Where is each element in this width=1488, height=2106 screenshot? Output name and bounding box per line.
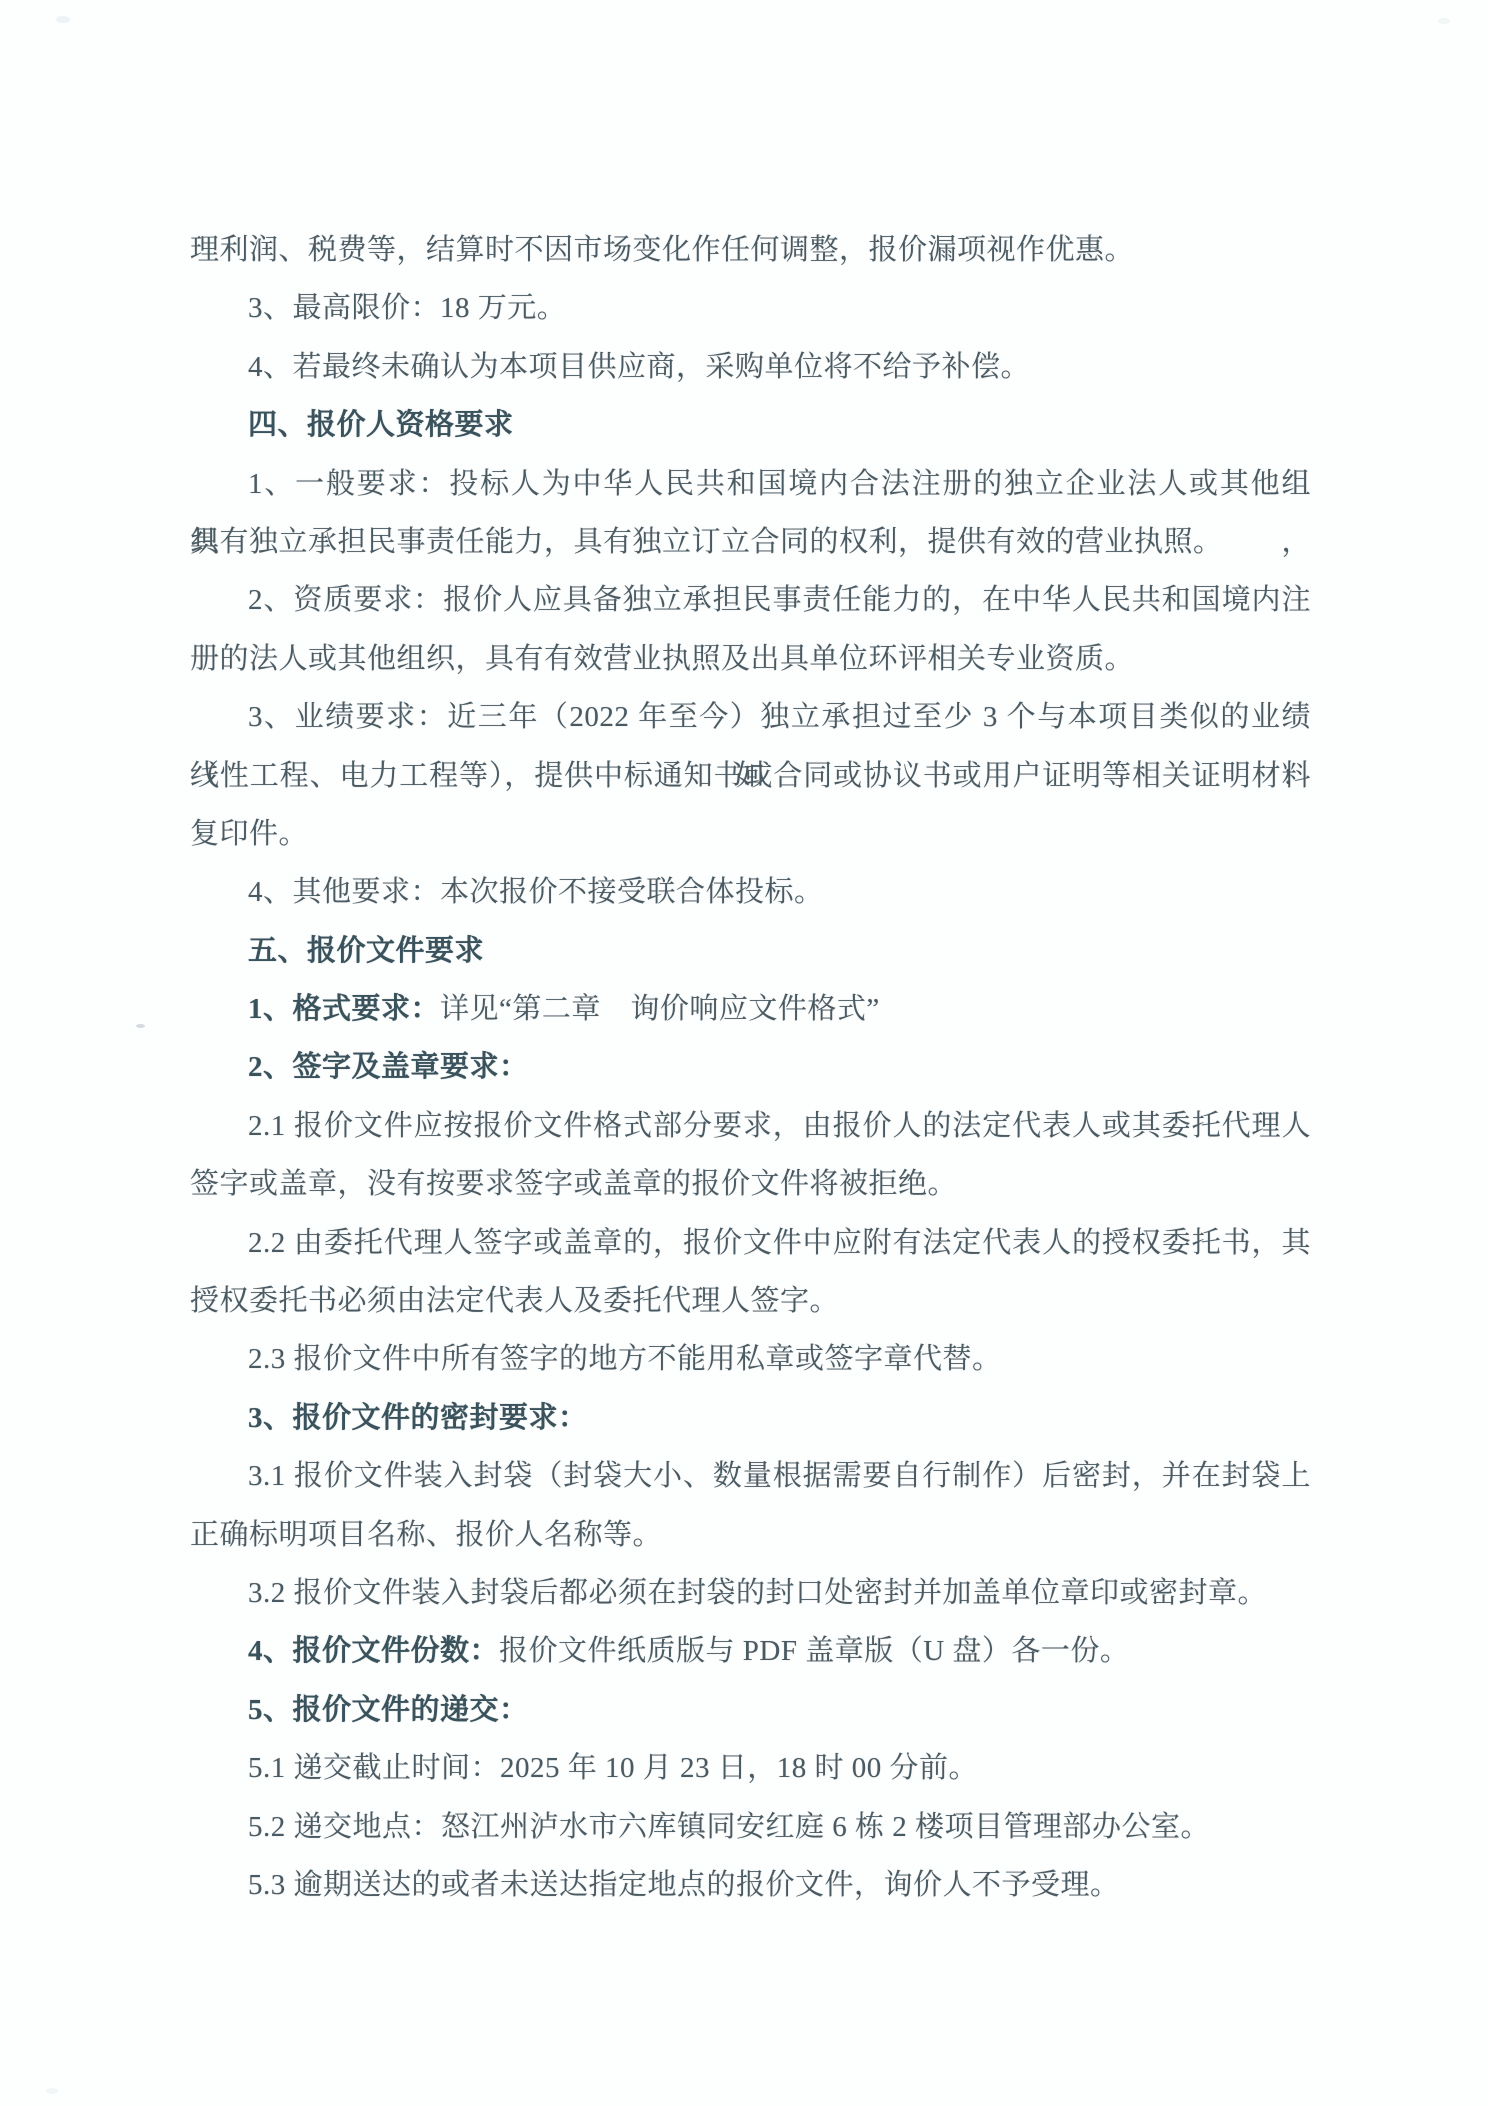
text-line: 3.1 报价文件装入封袋（封袋大小、数量根据需要自行制作）后密封，并在封袋上 [190, 1447, 1311, 1505]
scan-artifact [46, 2088, 58, 2094]
text-line: 2、签字及盖章要求： [190, 1038, 1311, 1096]
text-line: 四、报价人资格要求 [190, 396, 1311, 454]
text-line: 1、格式要求：详见“第二章 询价响应文件格式” [190, 980, 1311, 1038]
body-text: 签字或盖章，没有按要求签字或盖章的报价文件将被拒绝。 [190, 1168, 957, 1200]
text-line: 签字或盖章，没有按要求签字或盖章的报价文件将被拒绝。 [190, 1155, 1311, 1213]
body-text: 5.2 递交地点：怒江州泸水市六库镇同安红庭 6 栋 2 楼项目管理部办公室。 [248, 1811, 1210, 1843]
text-line: 2.1 报价文件应按报价文件格式部分要求，由报价人的法定代表人或其委托代理人 [190, 1097, 1311, 1155]
body-text: 4、其他要求：本次报价不接受联合体投标。 [248, 876, 824, 908]
body-text: 线性工程、电力工程等），提供中标通知书或合同或协议书或用户证明等相关证明材料 [190, 760, 1311, 792]
text-line: 4、若最终未确认为本项目供应商，采购单位将不给予补偿。 [190, 338, 1311, 396]
scan-artifact [136, 1024, 145, 1028]
text-line: 2.2 由委托代理人签字或盖章的，报价文件中应附有法定代表人的授权委托书，其 [190, 1214, 1311, 1272]
text-line: 线性工程、电力工程等），提供中标通知书或合同或协议书或用户证明等相关证明材料 [190, 747, 1311, 805]
body-text: 3、最高限价：18 万元。 [248, 292, 566, 324]
body-text: 详见“第二章 询价响应文件格式” [440, 993, 880, 1025]
heading-text: 3、报价文件的密封要求： [248, 1402, 588, 1434]
heading-text: 1、格式要求： [248, 993, 440, 1025]
text-line: 五、报价文件要求 [190, 922, 1311, 980]
text-line: 具有独立承担民事责任能力，具有独立订立合同的权利，提供有效的营业执照。 [190, 513, 1311, 571]
text-line: 3、报价文件的密封要求： [190, 1389, 1311, 1447]
body-text: 3.2 报价文件装入封袋后都必须在封袋的封口处密封并加盖单位章印或密封章。 [248, 1577, 1267, 1609]
text-line: 3.2 报价文件装入封袋后都必须在封袋的封口处密封并加盖单位章印或密封章。 [190, 1564, 1311, 1622]
text-line: 3、业绩要求：近三年（2022 年至今）独立承担过至少 3 个与本项目类似的业绩… [190, 688, 1311, 746]
text-line: 3、最高限价：18 万元。 [190, 279, 1311, 337]
heading-text: 2、签字及盖章要求： [248, 1051, 529, 1083]
body-text: 5.1 递交截止时间：2025 年 10 月 23 日，18 时 00 分前。 [248, 1752, 978, 1784]
body-text: 报价文件纸质版与 PDF 盖章版（U 盘）各一份。 [499, 1635, 1129, 1667]
body-text: 2.1 报价文件应按报价文件格式部分要求，由报价人的法定代表人或其委托代理人 [248, 1110, 1311, 1142]
text-line: 正确标明项目名称、报价人名称等。 [190, 1506, 1311, 1564]
text-line: 授权委托书必须由法定代表人及委托代理人签字。 [190, 1272, 1311, 1330]
body-text: 复印件。 [190, 818, 308, 850]
text-line: 5.3 逾期送达的或者未送达指定地点的报价文件，询价人不予受理。 [190, 1856, 1311, 1914]
body-text: 5.3 逾期送达的或者未送达指定地点的报价文件，询价人不予受理。 [248, 1869, 1120, 1901]
scan-artifact [1438, 18, 1450, 24]
heading-text: 4、报价文件份数： [248, 1635, 499, 1667]
text-line: 册的法人或其他组织，具有有效营业执照及出具单位环评相关专业资质。 [190, 630, 1311, 688]
body-text: 授权委托书必须由法定代表人及委托代理人签字。 [190, 1285, 839, 1317]
text-line: 4、报价文件份数：报价文件纸质版与 PDF 盖章版（U 盘）各一份。 [190, 1622, 1311, 1680]
body-text: 2、资质要求：报价人应具备独立承担民事责任能力的，在中华人民共和国境内注 [248, 584, 1311, 616]
text-line: 5.1 递交截止时间：2025 年 10 月 23 日，18 时 00 分前。 [190, 1739, 1311, 1797]
heading-text: 5、报价文件的递交： [248, 1694, 529, 1726]
text-line: 4、其他要求：本次报价不接受联合体投标。 [190, 863, 1311, 921]
body-text: 4、若最终未确认为本项目供应商，采购单位将不给予补偿。 [248, 351, 1030, 383]
document-text-block: 理利润、税费等，结算时不因市场变化作任何调整，报价漏项视作优惠。3、最高限价：1… [190, 221, 1311, 1914]
text-line: 2、资质要求：报价人应具备独立承担民事责任能力的，在中华人民共和国境内注 [190, 571, 1311, 629]
scan-artifact [56, 16, 70, 23]
text-line: 5、报价文件的递交： [190, 1681, 1311, 1739]
body-text: 具有独立承担民事责任能力，具有独立订立合同的权利，提供有效的营业执照。 [190, 526, 1223, 558]
heading-text: 四、报价人资格要求 [248, 409, 514, 441]
body-text: 2.2 由委托代理人签字或盖章的，报价文件中应附有法定代表人的授权委托书，其 [248, 1227, 1311, 1259]
text-line: 2.3 报价文件中所有签字的地方不能用私章或签字章代替。 [190, 1330, 1311, 1388]
body-text: 册的法人或其他组织，具有有效营业执照及出具单位环评相关专业资质。 [190, 643, 1134, 675]
heading-text: 五、报价文件要求 [248, 935, 484, 967]
body-text: 3.1 报价文件装入封袋（封袋大小、数量根据需要自行制作）后密封，并在封袋上 [248, 1460, 1311, 1492]
body-text: 理利润、税费等，结算时不因市场变化作任何调整，报价漏项视作优惠。 [190, 234, 1134, 266]
text-line: 5.2 递交地点：怒江州泸水市六库镇同安红庭 6 栋 2 楼项目管理部办公室。 [190, 1798, 1311, 1856]
document-page: 理利润、税费等，结算时不因市场变化作任何调整，报价漏项视作优惠。3、最高限价：1… [0, 0, 1488, 2106]
body-text: 正确标明项目名称、报价人名称等。 [190, 1519, 662, 1551]
text-line: 复印件。 [190, 805, 1311, 863]
body-text: 2.3 报价文件中所有签字的地方不能用私章或签字章代替。 [248, 1343, 1002, 1375]
text-line: 1、一般要求：投标人为中华人民共和国境内合法注册的独立企业法人或其他组织， [190, 455, 1311, 513]
text-line: 理利润、税费等，结算时不因市场变化作任何调整，报价漏项视作优惠。 [190, 221, 1311, 279]
